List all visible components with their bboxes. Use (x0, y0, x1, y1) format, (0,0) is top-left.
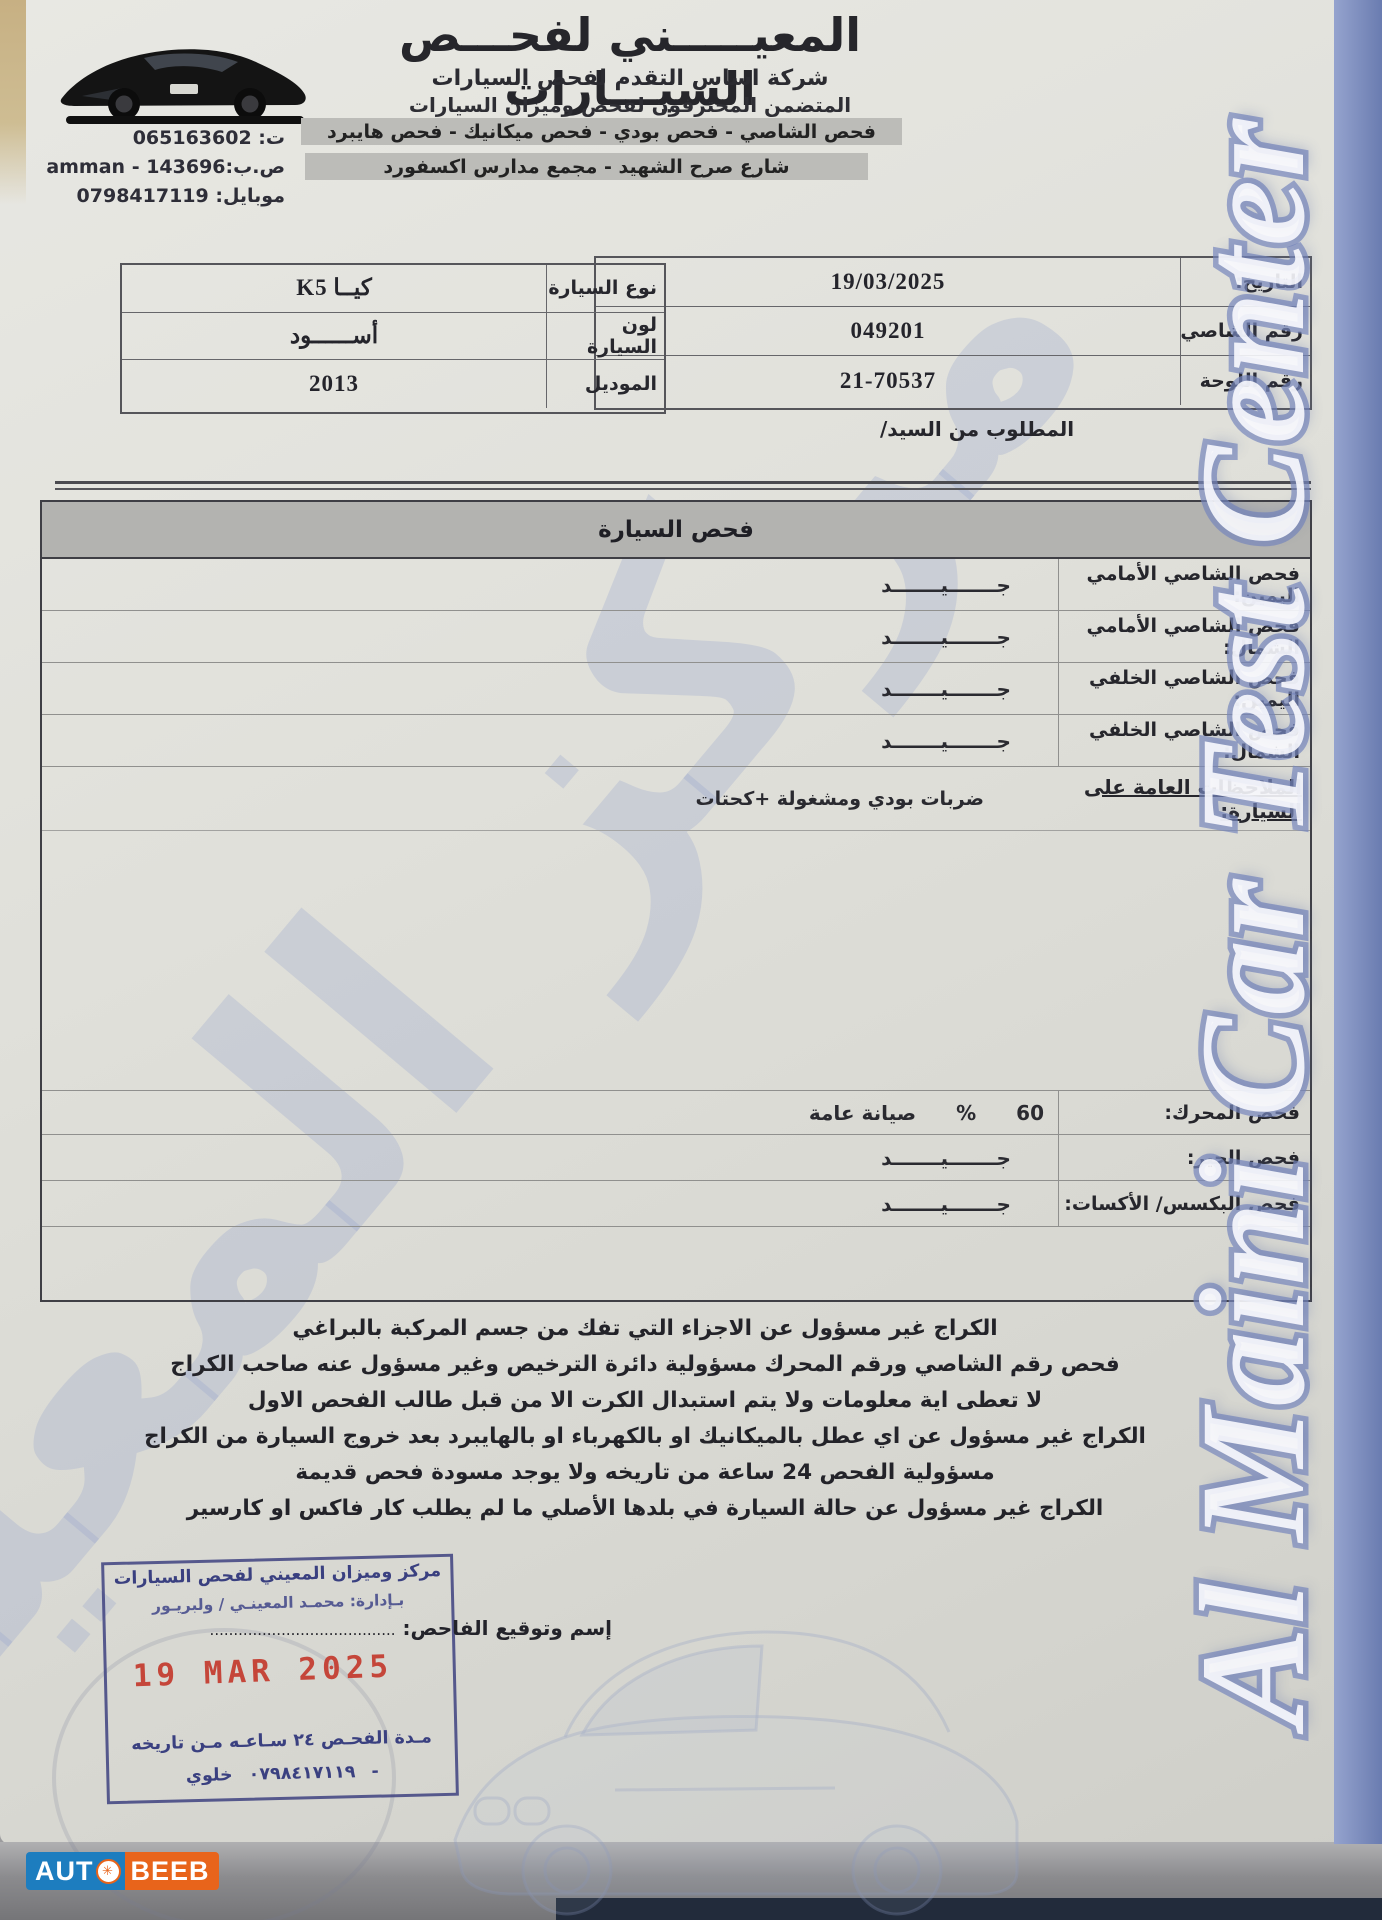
disclaimer-line: الكراج غير مسؤول عن الاجزاء التي تفك من … (100, 1316, 1190, 1341)
signature-dotted-line: ....................................... (210, 1621, 396, 1639)
disclaimer-line: الكراج غير مسؤول عن اي عطل بالميكانيك او… (100, 1424, 1190, 1449)
scan-edge-strip (0, 0, 26, 205)
inspection-value: جـــــــيـــــــد (848, 715, 1044, 766)
inspection-row-front-left: جـــــــيـــــــد فحص الشاصي الأمامي الش… (42, 611, 1310, 663)
inspection-box: فحص السيارة جـــــــيـــــــد فحص الشاصي… (40, 500, 1312, 1302)
table-row: 19/03/2025 التاريخ: (596, 258, 1310, 307)
disclaimer-block: الكراج غير مسؤول عن الاجزاء التي تفك من … (100, 1316, 1190, 1532)
table-row: أســــــود لون السيارة (122, 313, 664, 361)
disclaimer-line: الكراج غير مسؤول عن حالة السيارة في بلده… (100, 1496, 1190, 1521)
inspection-value: جـــــــيـــــــد (848, 611, 1044, 662)
logo-text-auto: AUT (35, 1856, 94, 1887)
inspection-label: فحص الشاصي الأمامي اليمين: (1058, 559, 1310, 610)
axles-check-value: جـــــــيـــــــد (848, 1181, 1044, 1226)
document-photo: مركز المعيني Al Maini Car Test Center (0, 0, 1382, 1920)
details-table-left: كيــا K5 نوع السيارة أســــــود لون السي… (120, 263, 666, 414)
date-label: التاريخ: (1180, 258, 1310, 306)
axles-check-label: فحص البكسس/ الأكسات: (1058, 1181, 1310, 1226)
gear-check-row: جـــــــيـــــــد فحص الجير: (42, 1135, 1310, 1181)
signature-label: إسم وتوقيع الفاحص: (402, 1616, 612, 1640)
general-notes-row: ضربات بودي ومشغولة +كحتات الملاحظات العا… (42, 767, 1310, 831)
blue-edge-band (1334, 0, 1382, 1844)
stamp-phone-dash: - (371, 1762, 379, 1782)
disclaimer-line: مسؤولية الفحص 24 ساعة من تاريخه ولا يوجد… (100, 1460, 1190, 1485)
contact-block: ت: 065163602 ص.ب:143696 - amman موبايل: … (30, 124, 285, 211)
table-row: 2013 الموديل (122, 360, 664, 408)
empty-area (42, 1227, 1310, 1293)
services-bar: فحص الشاصي - فحص بودي - فحص ميكانيك - فح… (301, 118, 902, 145)
autobeeb-logo: AUT ✳ BEEB (26, 1852, 219, 1890)
car-model-label: الموديل (546, 360, 664, 408)
percent-sign: % (956, 1101, 976, 1125)
engine-check-label: فحص المحرك: (1058, 1091, 1310, 1134)
divider-line (55, 488, 1311, 490)
general-notes-label: الملاحظات العامة على السيارة: (1002, 767, 1302, 830)
engine-check-value: 60 % صيانة عامة (754, 1091, 1044, 1134)
stamp-center-name: مركز وميزان المعيني لفحص السيارات (104, 1561, 450, 1589)
stamp-validity-line: مـدة الفحـص ٢٤ سـاعـه مـن تاريخه (108, 1727, 454, 1755)
logo-orange-segment: BEEB (125, 1852, 219, 1890)
general-notes-value: ضربات بودي ومشغولة +كحتات (644, 767, 984, 830)
date-value: 19/03/2025 (596, 258, 1181, 306)
inspection-value: جـــــــيـــــــد (848, 559, 1044, 610)
empty-area (42, 831, 1310, 1091)
plate-value: 21-70537 (596, 356, 1181, 405)
car-type-label: نوع السيارة (546, 265, 664, 312)
inspection-row-rear-left: جـــــــيـــــــد فحص الشاصي الخلفي الشم… (42, 715, 1310, 767)
engine-percent-number: 60 (1016, 1101, 1044, 1125)
contact-phone: ت: 065163602 (30, 124, 285, 153)
inspection-row-rear-right: جـــــــيـــــــد فحص الشاصي الخلفي اليم… (42, 663, 1310, 715)
inspection-label: فحص الشاصي الأمامي الشمال: (1058, 611, 1310, 662)
company-subtitle-2: المتضمن المحترفون لفحص وميزان السيارات (330, 93, 930, 117)
stamp-management-line: بـإدارة: محمـد المعينـي / ولبريـور (105, 1590, 451, 1616)
logo-blue-segment: AUT ✳ (26, 1852, 125, 1890)
disclaimer-line: فحص رقم الشاصي ورقم المحرك مسؤولية دائرة… (100, 1352, 1190, 1377)
inspection-section-title: فحص السيارة (42, 502, 1310, 559)
company-subtitle-1: شركة اساس التقدم لفحص السيارات (330, 66, 930, 91)
inspection-row-front-right: جـــــــيـــــــد فحص الشاصي الأمامي الي… (42, 559, 1310, 611)
car-color-value: أســــــود (122, 313, 547, 360)
table-row: كيــا K5 نوع السيارة (122, 265, 664, 313)
stamp-phone-label: خلوي (186, 1765, 233, 1786)
chassis-value: 049201 (596, 307, 1181, 355)
car-model-value: 2013 (122, 360, 547, 408)
address-bar: شارع صرح الشهيد - مجمع مدارس اكسفورد (305, 153, 868, 180)
contact-mobile: موبايل: 0798417119 (30, 182, 285, 211)
stamp-date: 19 MAR 2025 (132, 1648, 394, 1694)
gear-check-label: فحص الجير: (1058, 1135, 1310, 1180)
axles-check-row: جـــــــيـــــــد فحص البكسس/ الأكسات: (42, 1181, 1310, 1227)
inspector-signature-line: إسم وتوقيع الفاحص: .....................… (112, 1616, 612, 1640)
contact-pobox: ص.ب:143696 - amman (30, 153, 285, 182)
engine-note: صيانة عامة (809, 1101, 916, 1125)
engine-check-row: 60 % صيانة عامة فحص المحرك: (42, 1091, 1310, 1135)
gear-check-value: جـــــــيـــــــد (848, 1135, 1044, 1180)
inspection-value: جـــــــيـــــــد (848, 663, 1044, 714)
disclaimer-line: لا تعطى اية معلومات ولا يتم استبدال الكر… (100, 1388, 1190, 1413)
details-table-right: 19/03/2025 التاريخ: 049201 رقم الشاصي 21… (594, 256, 1312, 410)
requested-by-label: المطلوب من السيد/ (880, 417, 1132, 441)
stamp-phone-number: ٠٧٩٨٤١٧١١٩ (248, 1762, 355, 1785)
stamp-phone-line: خلوي ٠٧٩٨٤١٧١١٩ - (109, 1760, 455, 1788)
table-row: 21-70537 رقم اللوحة (596, 356, 1310, 405)
photo-bottom-bar (556, 1898, 1382, 1920)
plate-label: رقم اللوحة (1180, 356, 1310, 405)
logo-text-beeb: BEEB (131, 1856, 210, 1887)
inspection-label: فحص الشاصي الخلفي اليمين: (1058, 663, 1310, 714)
inspection-label: فحص الشاصي الخلفي الشمال: (1058, 715, 1310, 766)
garage-stamp: مركز وميزان المعيني لفحص السيارات بـإدار… (101, 1554, 459, 1805)
divider-line (55, 481, 1311, 484)
car-color-label: لون السيارة (546, 313, 664, 360)
wheel-icon: ✳ (96, 1859, 121, 1884)
table-row: 049201 رقم الشاصي (596, 307, 1310, 356)
car-type-value: كيــا K5 (122, 265, 547, 312)
chassis-label: رقم الشاصي (1180, 307, 1310, 355)
car-photo (52, 18, 314, 128)
